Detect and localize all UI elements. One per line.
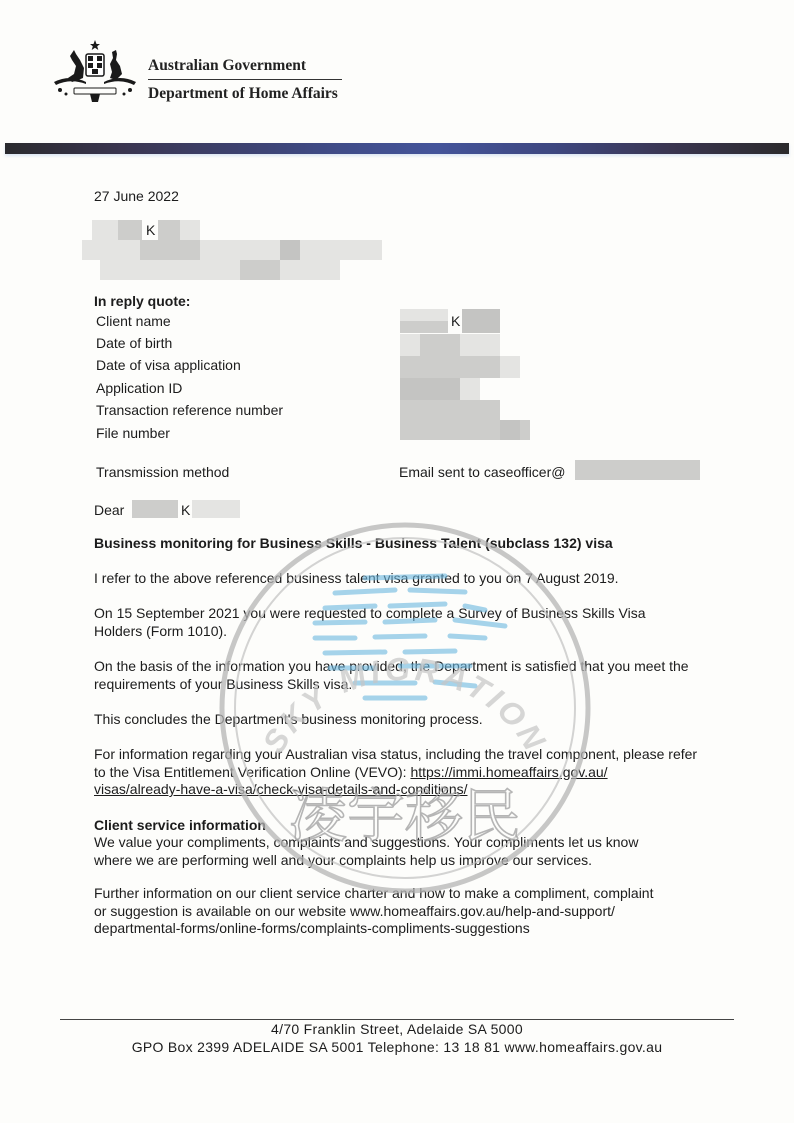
- government-name: Australian Government: [148, 57, 342, 75]
- further-info-line-3: departmental-forms/online-forms/complain…: [94, 920, 530, 937]
- footer-contact: GPO Box 2399 ADELAIDE SA 5001 Telephone:…: [60, 1039, 734, 1056]
- client-service-heading: Client service information: [94, 817, 266, 834]
- further-info-line-1: Further information on our client servic…: [94, 885, 653, 902]
- letter-date: 27 June 2022: [94, 188, 179, 205]
- paragraph-satisfied: On the basis of the information you have…: [94, 658, 704, 693]
- field-label-date-of-birth: Date of birth: [96, 335, 172, 352]
- client-name-initial: K: [451, 313, 460, 330]
- transmission-method-value: Email sent to caseofficer@: [399, 464, 565, 481]
- footer-address: 4/70 Franklin Street, Adelaide SA 5000: [60, 1021, 734, 1038]
- transmission-method-label: Transmission method: [96, 464, 229, 481]
- letter-subject: Business monitoring for Business Skills …: [94, 535, 613, 552]
- paragraph-visa-grant: I refer to the above referenced business…: [94, 570, 714, 588]
- header-band: [5, 143, 789, 154]
- reply-quote-heading: In reply quote:: [94, 293, 190, 310]
- coat-of-arms-icon: [50, 38, 140, 108]
- field-label-client-name: Client name: [96, 313, 171, 330]
- government-branding: Australian Government Department of Home…: [148, 57, 342, 103]
- field-label-file-number: File number: [96, 425, 170, 442]
- salutation-initial: K: [181, 502, 190, 519]
- recipient-initial: K: [146, 222, 155, 239]
- client-service-text: We value your compliments, complaints an…: [94, 834, 674, 869]
- footer-divider: [60, 1019, 734, 1020]
- salutation-surname-redacted: [192, 500, 240, 518]
- paragraph-conclusion: This concludes the Department's business…: [94, 711, 714, 729]
- letter-page: Australian Government Department of Home…: [0, 0, 794, 1123]
- branding-divider: [148, 79, 342, 80]
- email-domain-redacted: [575, 460, 700, 480]
- paragraph-survey-request: On 15 September 2021 you were requested …: [94, 605, 684, 640]
- field-label-transaction-reference: Transaction reference number: [96, 402, 283, 419]
- field-label-date-of-visa-application: Date of visa application: [96, 357, 241, 374]
- further-info-line-2: or suggestion is available on our websit…: [94, 903, 615, 920]
- salutation-name-redacted: [132, 500, 178, 518]
- department-name: Department of Home Affairs: [148, 85, 342, 103]
- field-label-application-id: Application ID: [96, 380, 182, 397]
- paragraph-vevo: For information regarding your Australia…: [94, 746, 706, 799]
- salutation: Dear: [94, 502, 124, 519]
